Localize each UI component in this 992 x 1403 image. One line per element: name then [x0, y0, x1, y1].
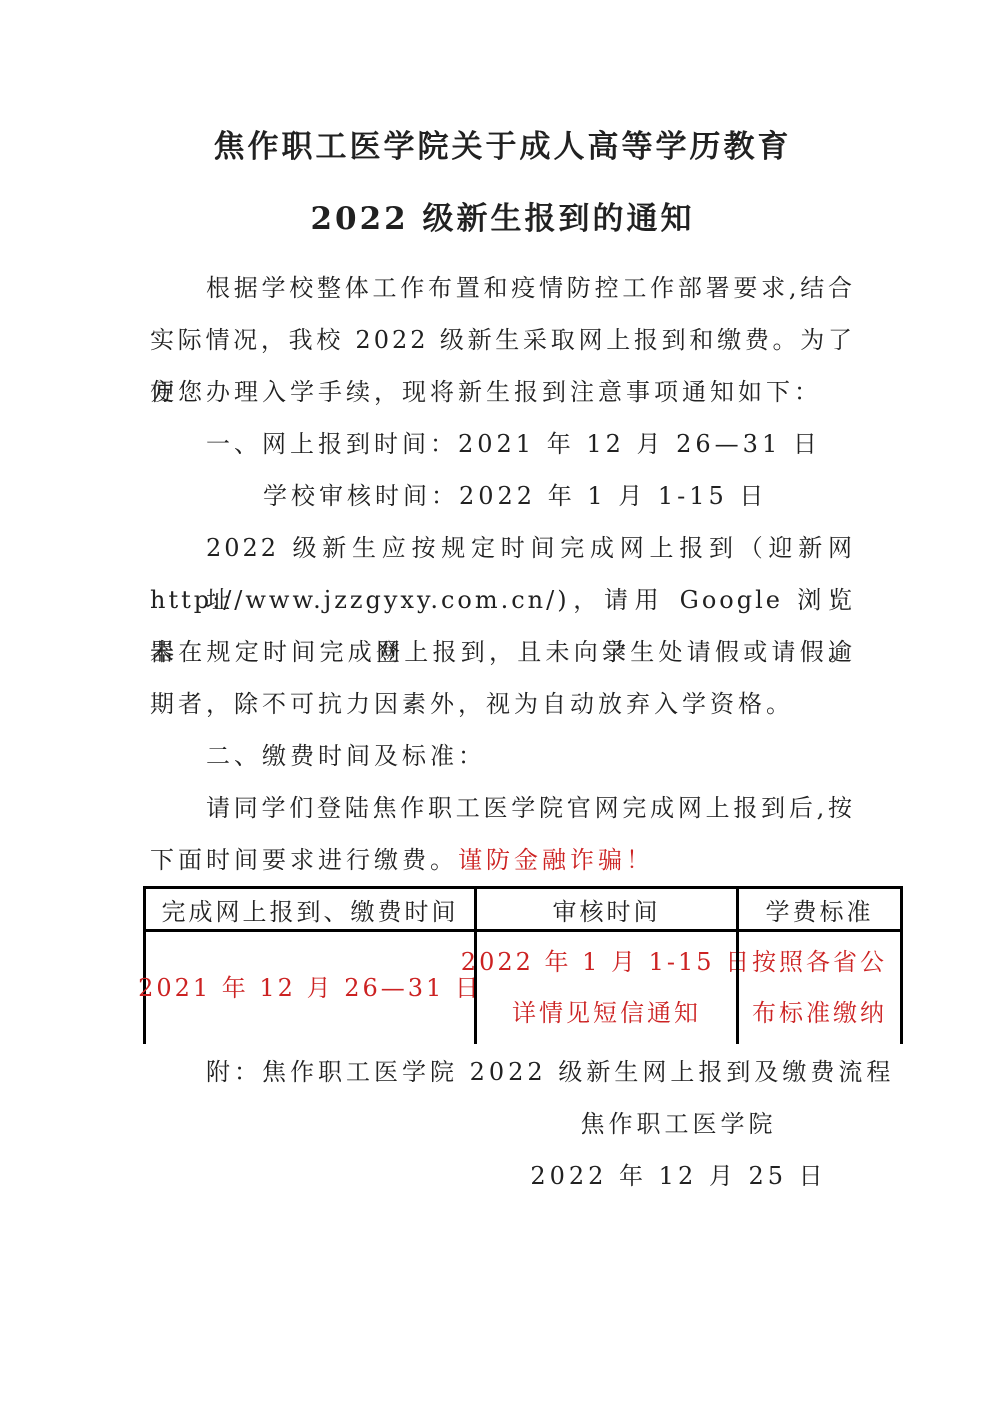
- fee-line-text: 下面时间要求进行缴费。: [150, 846, 458, 874]
- table-data-row: 2021 年 12 月 26—31 日 2022 年 1 月 1-15 日 详情…: [146, 932, 900, 1044]
- registration-time-value: 2021 年 12 月 26—31 日: [138, 963, 482, 1014]
- document-page: 焦作职工医学院关于成人高等学历教育 2022 级新生报到的通知 根据学校整体工作…: [0, 0, 992, 1403]
- table-cell-review-time: 2022 年 1 月 1-15 日 详情见短信通知: [474, 932, 736, 1044]
- tuition-standard-line1: 按照各省公: [752, 937, 887, 988]
- date-line: 2022 年 12 月 25 日: [150, 1150, 855, 1202]
- paragraph-line: 便您办理入学手续，现将新生报到注意事项通知如下：: [150, 366, 855, 418]
- review-time-value-line2: 详情见短信通知: [512, 988, 701, 1039]
- paragraph-line: 未在规定时间完成网上报到，且未向学生处请假或请假逾: [150, 626, 855, 678]
- document-title-line2: 2022 级新生报到的通知: [150, 198, 855, 240]
- document-content: 焦作职工医学院关于成人高等学历教育 2022 级新生报到的通知 根据学校整体工作…: [150, 0, 855, 1202]
- document-title-line1: 焦作职工医学院关于成人高等学历教育: [150, 126, 855, 168]
- review-time-value-line1: 2022 年 1 月 1-15 日: [461, 937, 752, 988]
- registration-url-line: http://www.jzzgyxy.com.cn/)，请用 Google 浏览…: [150, 574, 855, 626]
- table-header-review-time: 审核时间: [474, 889, 736, 932]
- fraud-warning-text: 谨防金融诈骗！: [458, 846, 654, 874]
- table-cell-tuition-standard: 按照各省公 布标准缴纳: [736, 932, 900, 1044]
- paragraph-line: 请同学们登陆焦作职工医学院官网完成网上报到后,按: [150, 782, 855, 834]
- table-header-registration-time: 完成网上报到、缴费时间: [146, 889, 474, 932]
- fee-warning-line: 下面时间要求进行缴费。谨防金融诈骗！: [150, 834, 855, 886]
- paragraph-line: 期者，除不可抗力因素外，视为自动放弃入学资格。: [150, 678, 855, 730]
- fee-schedule-table: 完成网上报到、缴费时间 审核时间 学费标准 2021 年 12 月 26—31 …: [143, 886, 903, 1044]
- section2-heading: 二、缴费时间及标准：: [150, 730, 855, 782]
- paragraph-line: 实际情况，我校 2022 级新生采取网上报到和缴费。为了方: [150, 314, 855, 366]
- paragraph-line: 2022 级新生应按规定时间完成网上报到（迎新网址：: [150, 522, 855, 574]
- section1-heading: 一、网上报到时间：2021 年 12 月 26—31 日: [150, 418, 855, 470]
- table-header-tuition-standard: 学费标准: [736, 889, 900, 932]
- tuition-standard-line2: 布标准缴纳: [752, 988, 887, 1039]
- attachment-line: 附：焦作职工医学院 2022 级新生网上报到及缴费流程: [150, 1046, 855, 1098]
- table-header-row: 完成网上报到、缴费时间 审核时间 学费标准: [146, 889, 900, 932]
- paragraph-line: 根据学校整体工作布置和疫情防控工作部署要求,结合: [150, 262, 855, 314]
- review-time-line: 学校审核时间：2022 年 1 月 1-15 日: [150, 470, 855, 522]
- table-cell-registration-time: 2021 年 12 月 26—31 日: [146, 932, 474, 1044]
- signature-line: 焦作职工医学院: [150, 1098, 855, 1150]
